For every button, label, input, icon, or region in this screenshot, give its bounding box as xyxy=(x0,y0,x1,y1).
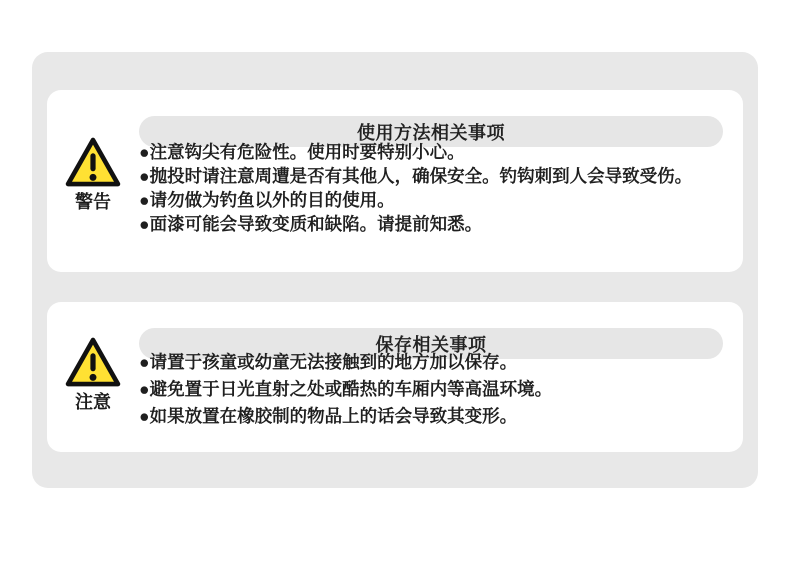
notice-item: ●请勿做为钓鱼以外的目的使用。 xyxy=(139,188,731,212)
warning-triangle-icon xyxy=(64,335,122,389)
notice-item: ●如果放置在橡胶制的物品上的话会导致其变形。 xyxy=(139,403,731,430)
warning-badge: 警告 xyxy=(60,135,126,211)
storage-notice-list: ●请置于孩童或幼童无法接触到的地方加以保存。 ●避免置于日光直射之处或酷热的车厢… xyxy=(139,349,731,430)
notice-panel: 使用方法相关事项 警告 ●注意钩尖有危险性。使用时要特别小心。 ●抛投时请注意周… xyxy=(32,52,758,488)
notice-item: ●避免置于日光直射之处或酷热的车厢内等高温环境。 xyxy=(139,376,731,403)
notice-item: ●注意钩尖有危险性。使用时要特别小心。 xyxy=(139,140,731,164)
usage-notice-card: 使用方法相关事项 警告 ●注意钩尖有危险性。使用时要特别小心。 ●抛投时请注意周… xyxy=(47,90,743,272)
warning-badge-label: 警告 xyxy=(75,193,111,211)
usage-notice-list: ●注意钩尖有危险性。使用时要特别小心。 ●抛投时请注意周遭是否有其他人，确保安全… xyxy=(139,140,731,236)
storage-notice-card: 保存相关事项 注意 ●请置于孩童或幼童无法接触到的地方加以保存。 ●避免置于日光… xyxy=(47,302,743,452)
notice-item: ●面漆可能会导致变质和缺陷。请提前知悉。 xyxy=(139,212,731,236)
notice-item: ●抛投时请注意周遭是否有其他人，确保安全。钓钩刺到人会导致受伤。 xyxy=(139,164,731,188)
caution-badge-label: 注意 xyxy=(75,393,111,411)
warning-triangle-icon xyxy=(64,135,122,189)
caution-badge: 注意 xyxy=(60,335,126,411)
notice-item: ●请置于孩童或幼童无法接触到的地方加以保存。 xyxy=(139,349,731,376)
